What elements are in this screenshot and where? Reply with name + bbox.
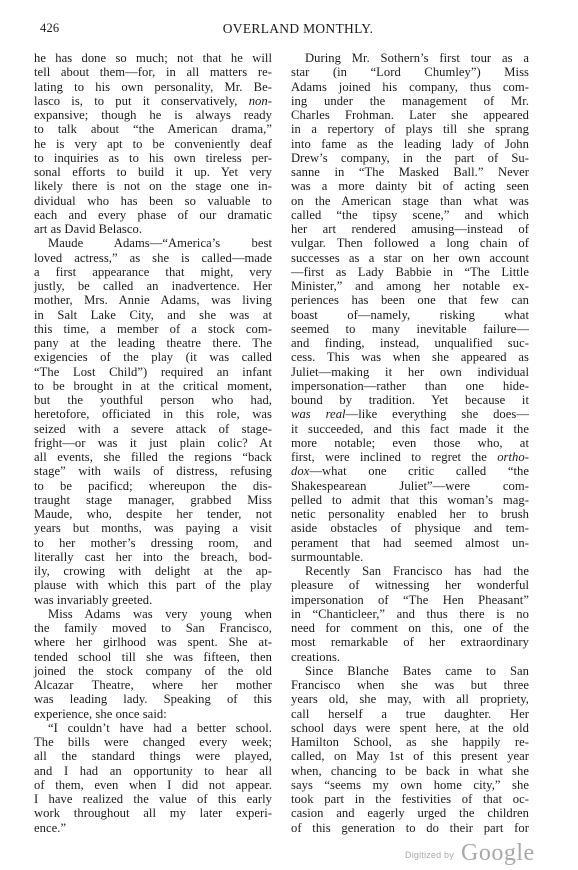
text-line: and finding, instead, unqualified suc-: [291, 336, 529, 350]
text-line: called “the tipsy scene,” and which: [291, 208, 529, 222]
text-line: in a repertory of plays till she sprang: [291, 122, 529, 136]
right-column: During Mr. Sothern’s first tour as astar…: [291, 51, 529, 835]
text-line: Maude, who, despite her tender, not: [34, 507, 272, 521]
text-line: and I had an opportunity to hear all: [34, 764, 272, 778]
text-line: impersonation of “The Hen Pheasant”: [291, 593, 529, 607]
text-line: I have realized the value of this early: [34, 792, 272, 806]
text-line: bound by tradition. Yet because it: [291, 393, 529, 407]
watermark-prefix: Digitized by: [405, 850, 454, 860]
text-line: literally cast her into the breach, bod-: [34, 550, 272, 564]
text-line: periences has been one that few can: [291, 293, 529, 307]
text-line: was real—like everything she does—: [291, 407, 529, 421]
text-line: Charles Frohman. Later she appeared: [291, 108, 529, 122]
text-line: Francisco when she was but three: [291, 678, 529, 692]
text-line: all events, she filled the regions “back: [34, 450, 272, 464]
text-line: but the youthful person who had,: [34, 393, 272, 407]
text-line: called, on May 1st of this present year: [291, 749, 529, 763]
text-line: he is very apt to be conveniently deaf: [34, 137, 272, 151]
text-line: school days were spent here, at the old: [291, 721, 529, 735]
text-line: justly, be called an inadvertence. Her: [34, 279, 272, 293]
text-line: ence.”: [34, 821, 272, 835]
text-line: lasco is, to put it conservatively, non-: [34, 94, 272, 108]
text-line: During Mr. Sothern’s first tour as a: [291, 51, 529, 65]
text-line: ily, crowing with delight at the ap-: [34, 564, 272, 578]
text-line: aside obstacles of physique and tem-: [291, 521, 529, 535]
text-line: first, were inclined to regret the ortho…: [291, 450, 529, 464]
text-line: call herself a true daughter. Her: [291, 707, 529, 721]
text-line: casion and eagerly urged the children: [291, 806, 529, 820]
page-header: 426 OVERLAND MONTHLY.: [38, 21, 528, 39]
text-line: on the American stage than what was: [291, 194, 529, 208]
text-line: Adams joined his company, thus com-: [291, 80, 529, 94]
text-line: pelled to admit that this woman’s mag-: [291, 493, 529, 507]
text-line: “The Lost Child”) required an infant: [34, 365, 272, 379]
text-line: ing under the management of Mr.: [291, 94, 529, 108]
text-line: of them, even when I did not appear.: [34, 778, 272, 792]
text-line: Since Blanche Bates came to San: [291, 664, 529, 678]
text-line: sonal efforts to build it up. Yet very: [34, 165, 272, 179]
running-title: OVERLAND MONTHLY.: [38, 21, 528, 37]
text-line: all the standard things were played,: [34, 749, 272, 763]
text-line: where her girlhood was spent. She at-: [34, 635, 272, 649]
text-line: The bills were changed every week;: [34, 735, 272, 749]
text-line: to her mother’s dressing room, and: [34, 536, 272, 550]
text-line: to be pacificd; whereupon the dis-: [34, 479, 272, 493]
text-line: years but months, was paying a visit: [34, 521, 272, 535]
text-line: says “seems my own home city,” she: [291, 778, 529, 792]
text-line: heretofore, officiated in this role, was: [34, 407, 272, 421]
text-line: of this generation to do their part for: [291, 821, 529, 835]
text-line: art as David Belasco.: [34, 222, 272, 236]
text-line: perament that had seemed almost un-: [291, 536, 529, 550]
text-line: a first appearance that might, very: [34, 265, 272, 279]
text-line: “I couldn’t have had a better school.: [34, 721, 272, 735]
text-line: plause with which this part of the play: [34, 578, 272, 592]
text-line: seemed to many inevitable failure—: [291, 322, 529, 336]
text-line: was a more dainty bit of acting seen: [291, 179, 529, 193]
text-line: surmountable.: [291, 550, 529, 564]
text-line: need for comment on this, one of the: [291, 621, 529, 635]
left-column: he has done so much; not that he willtel…: [34, 51, 272, 835]
text-line: was leading lady. Speaking of this: [34, 692, 272, 706]
text-line: when, chancing to be back in what she: [291, 764, 529, 778]
text-line: Recently San Francisco has had the: [291, 564, 529, 578]
text-line: Shakespearean Juliet”—were com-: [291, 479, 529, 493]
text-line: this time, a member of a stock com-: [34, 322, 272, 336]
text-line: dox—what one critic called “the: [291, 464, 529, 478]
text-line: tell about them—for, in all matters re-: [34, 65, 272, 79]
text-line: Maude Adams—“America’s best: [34, 236, 272, 250]
text-line: Minister,” and among her notable ex-: [291, 279, 529, 293]
text-line: dividual who has been so valuable to: [34, 194, 272, 208]
text-line: seized with a severe attack of stage-: [34, 422, 272, 436]
text-line: star (in “Lord Chumley”) Miss: [291, 65, 529, 79]
text-line: more notable; even those who, at: [291, 436, 529, 450]
text-line: he has done so much; not that he will: [34, 51, 272, 65]
text-line: impersonation—rather than one hide-: [291, 379, 529, 393]
text-line: creations.: [291, 650, 529, 664]
text-line: cess. This was when she appeared as: [291, 350, 529, 364]
text-line: joined the stock company of the old: [34, 664, 272, 678]
text-line: exigencies of the play (it was called: [34, 350, 272, 364]
text-line: the family moved to San Francisco,: [34, 621, 272, 635]
text-line: work throughout all my later experi-: [34, 806, 272, 820]
text-line: it succeeded, and this fact made it the: [291, 422, 529, 436]
text-line: to inquiries as to his own tireless per-: [34, 151, 272, 165]
text-line: Hamilton School, as she happily re-: [291, 735, 529, 749]
text-line: into fame as the leading lady of John: [291, 137, 529, 151]
text-line: each and every phase of our dramatic: [34, 208, 272, 222]
google-logo-text: Google: [461, 840, 535, 866]
text-line: to be brought in at the critical moment,: [34, 379, 272, 393]
text-line: traught stage manager, grabbed Miss: [34, 493, 272, 507]
text-line: lating to his own personality, Mr. Be-: [34, 80, 272, 94]
text-line: in “Chanticleer,” and thus there is no: [291, 607, 529, 621]
text-line: was invariably greeted.: [34, 593, 272, 607]
text-line: netic personality enabled her to brush: [291, 507, 529, 521]
digitized-by-google-watermark: Digitized by Google: [405, 840, 535, 867]
text-line: Drew’s company, in the part of Su-: [291, 151, 529, 165]
text-line: tended school till she was fifteen, then: [34, 650, 272, 664]
text-line: mother, Mrs. Annie Adams, was living: [34, 293, 272, 307]
text-line: stage” with wails of distress, refusing: [34, 464, 272, 478]
text-line: experience, she once said:: [34, 707, 272, 721]
text-line: Alcazar Theatre, where her mother: [34, 678, 272, 692]
text-line: loved actress,” as she is called—made: [34, 251, 272, 265]
text-line: boast of—namely, risking what: [291, 308, 529, 322]
text-line: years old, she may, with all propriety,: [291, 692, 529, 706]
text-line: took part in the festivities of that oc-: [291, 792, 529, 806]
text-line: —first as Lady Babbie in “The Little: [291, 265, 529, 279]
text-line: Miss Adams was very young when: [34, 607, 272, 621]
text-line: likely there is not on the stage one in-: [34, 179, 272, 193]
text-line: fright—or was it just plain colic? At: [34, 436, 272, 450]
text-line: most remarkable of her extraordinary: [291, 635, 529, 649]
text-line: in Salt Lake City, and she was at: [34, 308, 272, 322]
text-line: pleasure of witnessing her wonderful: [291, 578, 529, 592]
text-line: sanne in “The Masked Ball.” Never: [291, 165, 529, 179]
text-line: expansive; though he is always ready: [34, 108, 272, 122]
text-line: successes as a star on her own account: [291, 251, 529, 265]
text-line: vulgar. Then followed a long chain of: [291, 236, 529, 250]
text-line: Juliet—making it her own individual: [291, 365, 529, 379]
text-line: her art rendered amusing—instead of: [291, 222, 529, 236]
text-line: pany at the leading theatre there. The: [34, 336, 272, 350]
text-line: to talk about “the American drama,”: [34, 122, 272, 136]
